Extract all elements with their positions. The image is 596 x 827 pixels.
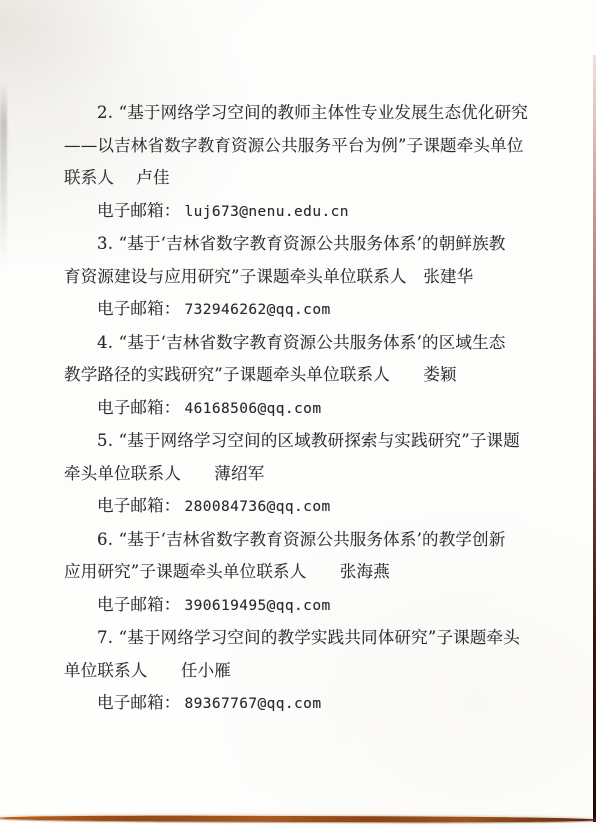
subtopic-entry-6: 6. “基于‘吉林省数字教育资源公共服务体系’的教学创新 应用研究”子课题牵头单…	[64, 524, 540, 623]
email-label: 电子邮箱：	[97, 496, 181, 515]
email-line: 电子邮箱：46168506@qq.com	[64, 392, 540, 426]
scan-bottom-edge	[0, 815, 596, 823]
email-address: luj673@nenu.edu.cn	[185, 204, 349, 220]
scan-left-smudge	[0, 82, 7, 267]
subtopic-entry-2: 2. “基于网络学习空间的教师主体性专业发展生态优化研究 ——以吉林省数字教育资…	[64, 97, 540, 228]
email-line: 电子邮箱：89367767@qq.com	[64, 687, 540, 721]
subtopic-contact-line: 教学路径的实践研究”子课题牵头单位联系人 娄颖	[64, 359, 540, 392]
subtopic-entry-5: 5. “基于网络学习空间的区域教研探索与实践研究”子课题 牵头单位联系人 薄绍军…	[64, 425, 540, 524]
email-label: 电子邮箱：	[97, 595, 181, 614]
subtopic-contact-line: 育资源建设与应用研究”子课题牵头单位联系人 张建华	[64, 261, 540, 294]
document-body-text: 2. “基于网络学习空间的教师主体性专业发展生态优化研究 ——以吉林省数字教育资…	[64, 97, 540, 721]
subtopic-contact-line: 应用研究”子课题牵头单位联系人 张海燕	[64, 556, 540, 589]
scanned-document-page: 2. “基于网络学习空间的教师主体性专业发展生态优化研究 ——以吉林省数字教育资…	[0, 0, 596, 827]
subtopic-contact-line: 联系人 卢佳	[64, 162, 540, 195]
email-address: 46168506@qq.com	[185, 401, 322, 417]
subtopic-title-line: 2. “基于网络学习空间的教师主体性专业发展生态优化研究	[64, 97, 540, 130]
subtopic-title-line: 4. “基于‘吉林省数字教育资源公共服务体系’的区域生态	[64, 327, 540, 360]
subtopic-entry-3: 3. “基于‘吉林省数字教育资源公共服务体系’的朝鲜族教 育资源建设与应用研究”…	[64, 228, 540, 327]
email-line: 电子邮箱：390619495@qq.com	[64, 589, 540, 623]
subtopic-entry-4: 4. “基于‘吉林省数字教育资源公共服务体系’的区域生态 教学路径的实践研究”子…	[64, 327, 540, 426]
email-label: 电子邮箱：	[97, 299, 181, 318]
email-label: 电子邮箱：	[97, 693, 181, 712]
subtopic-contact-line: 单位联系人 任小雁	[64, 655, 540, 688]
email-label: 电子邮箱：	[97, 398, 181, 417]
email-line: 电子邮箱：luj673@nenu.edu.cn	[64, 195, 540, 229]
subtopic-title-line: 7. “基于网络学习空间的教学实践共同体研究”子课题牵头	[64, 622, 540, 655]
email-address: 89367767@qq.com	[185, 696, 322, 712]
email-address: 732946262@qq.com	[185, 302, 331, 318]
email-line: 电子邮箱：732946262@qq.com	[64, 293, 540, 327]
email-line: 电子邮箱：280084736@qq.com	[64, 490, 540, 524]
subtopic-entry-7: 7. “基于网络学习空间的教学实践共同体研究”子课题牵头 单位联系人 任小雁 电…	[64, 622, 540, 721]
subtopic-contact-line: 牵头单位联系人 薄绍军	[64, 458, 540, 491]
subtopic-title-line: 6. “基于‘吉林省数字教育资源公共服务体系’的教学创新	[64, 524, 540, 557]
subtopic-title-line: ——以吉林省数字教育资源公共服务平台为例”子课题牵头单位	[64, 130, 540, 163]
subtopic-title-line: 5. “基于网络学习空间的区域教研探索与实践研究”子课题	[64, 425, 540, 458]
subtopic-title-line: 3. “基于‘吉林省数字教育资源公共服务体系’的朝鲜族教	[64, 228, 540, 261]
email-address: 280084736@qq.com	[185, 499, 331, 515]
email-label: 电子邮箱：	[97, 201, 181, 220]
email-address: 390619495@qq.com	[185, 598, 331, 614]
